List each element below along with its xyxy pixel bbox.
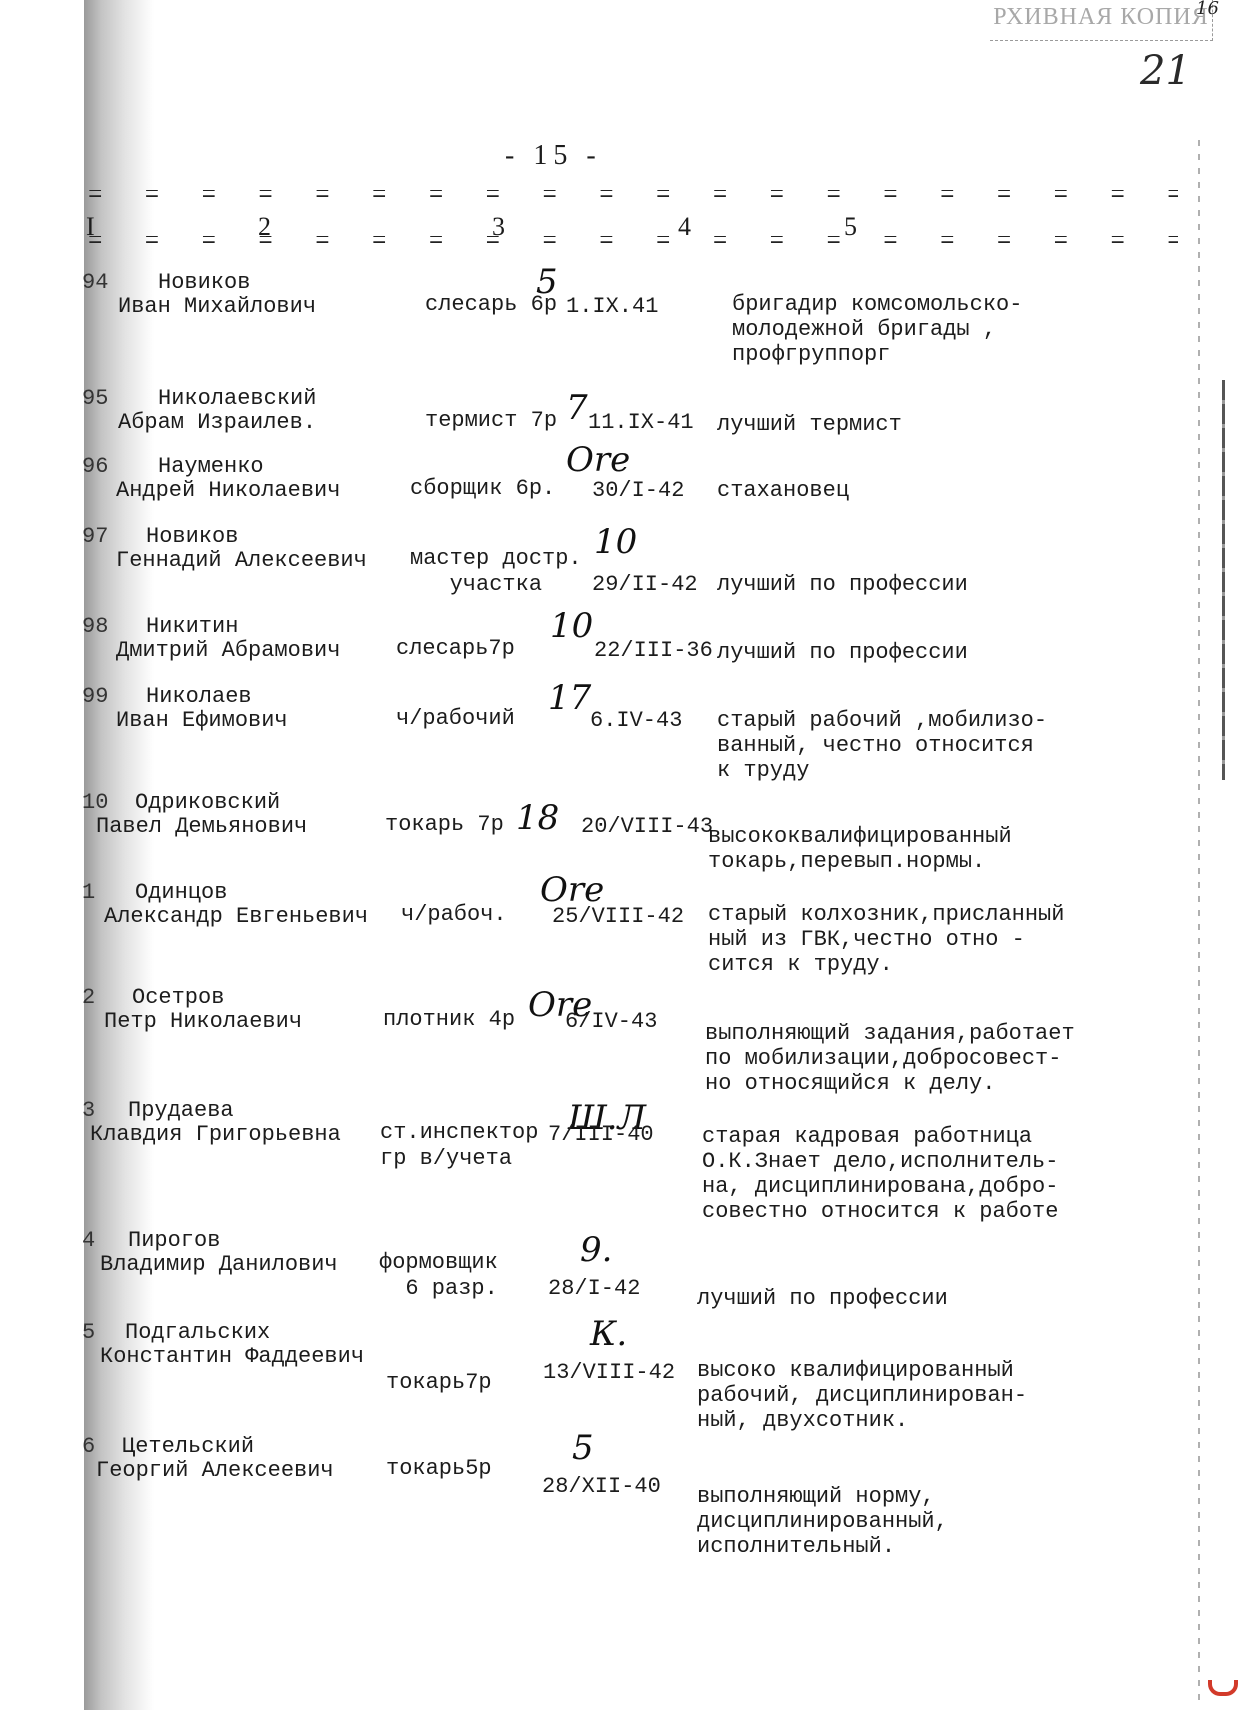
entry-surname: Никитин [146,614,238,639]
entry-date: 7/III-40 [548,1122,654,1147]
stamp-sheet-number: 16 [1196,0,1219,19]
entry-position: токарь 7р [385,812,504,838]
entry-handwritten-mark: 17 [548,678,591,718]
entry-surname: Новиков [146,524,238,549]
entry-characteristic: старый рабочий ,мобилизо- ванный, честно… [717,708,1047,783]
entry-surname: Науменко [158,454,264,479]
entry-number: 2 [82,985,95,1010]
entry-position: плотник 4р [383,1007,515,1033]
page-edge-mark [1222,380,1225,780]
entry-number: 95 [82,386,108,411]
entry-surname: Одинцов [135,880,227,905]
entry-date: 29/II-42 [592,572,698,597]
entry-position: токарь5р [386,1456,492,1482]
entry-handwritten-mark: 18 [516,798,559,838]
entry-date: 1.IX.41 [566,294,658,319]
entry-characteristic: лучший термист [717,412,902,437]
entry-handwritten-mark: 5 [572,1428,594,1468]
entry-given-names: Константин Фаддеевич [100,1344,364,1369]
entry-surname: Одриковский [135,790,280,815]
entry-number: 4 [82,1228,95,1253]
entry-given-names: Иван Михайлович [118,294,316,319]
entry-date: 28/I-42 [548,1276,640,1301]
entry-date: 6/IV-43 [565,1009,657,1034]
entry-number: 98 [82,614,108,639]
entry-characteristic: лучший по профессии [697,1286,948,1311]
entry-number: 6 [82,1434,95,1459]
entry-date: 30/I-42 [592,478,684,503]
entry-position: формовщик 6 разр. [379,1250,498,1302]
page-number: - 15 - [505,140,602,172]
entry-given-names: Владимир Данилович [100,1252,338,1277]
entry-date: 13/VIII-42 [543,1360,675,1385]
entry-characteristic: высококвалифицированный токарь,перевып.н… [708,824,1012,874]
entry-number: 5 [82,1320,95,1345]
entry-surname: Николаев [146,684,252,709]
entry-characteristic: лучший по профессии [717,640,968,665]
entry-number: 94 [82,270,108,295]
entry-characteristic: выполняющий норму, дисциплинированный, и… [697,1484,948,1559]
entry-given-names: Абрам Израилев. [118,410,316,435]
entry-surname: Подгальских [125,1320,270,1345]
entry-handwritten-mark: 9. [580,1230,612,1270]
entry-handwritten-mark: К. [590,1314,627,1354]
entry-number: 96 [82,454,108,479]
entry-given-names: Иван Ефимович [116,708,288,733]
entry-number: 99 [82,684,108,709]
entry-characteristic: бригадир комсомольско- молодежной бригад… [732,292,1022,367]
entry-number: 97 [82,524,108,549]
entry-date: 6.IV-43 [590,708,682,733]
entry-surname: Николаевский [158,386,316,411]
entry-number: 10 [82,790,108,815]
entry-number: 1 [82,880,95,905]
entry-surname: Новиков [158,270,250,295]
entry-given-names: Александр Евгеньевич [104,904,368,929]
entry-position: мастер достр. участка [410,546,582,598]
entry-characteristic: старый колхозник,присланный ный из ГВК,ч… [708,902,1064,977]
corner-logo-icon [1208,1680,1238,1696]
entry-position: ч/рабоч. [401,902,507,928]
entry-characteristic: выполняющий задания,работает по мобилиза… [705,1021,1075,1096]
table-rule-top: = = = = = = = = = = = = = = = = = = = = … [88,190,1178,202]
entry-handwritten-mark: 5 [536,262,558,302]
scan-left-margin [0,0,84,1710]
entry-handwritten-mark: 7 [566,388,588,428]
entry-position: слесарь7р [396,636,515,662]
entry-characteristic: старая кадровая работница О.К.Знает дело… [702,1124,1058,1224]
entry-given-names: Георгий Алексеевич [96,1458,334,1483]
entry-date: 11.IX-41 [588,410,694,435]
entry-handwritten-mark: 10 [550,606,593,646]
entry-handwritten-mark: Ore [566,440,630,480]
entry-date: 25/VIII-42 [552,904,684,929]
entry-given-names: Клавдия Григорьевна [90,1122,341,1147]
entry-position: сборщик 6р. [410,476,555,502]
entry-date: 22/III-36 [594,638,713,663]
entry-given-names: Павел Демьянович [96,814,307,839]
entry-position: термист 7р [425,408,557,434]
entry-given-names: Геннадий Алексеевич [116,548,367,573]
entry-given-names: Дмитрий Абрамович [116,638,340,663]
entry-characteristic: высоко квалифицированный рабочий, дисцип… [697,1358,1027,1433]
entry-date: 28/XII-40 [542,1474,661,1499]
entry-surname: Осетров [132,985,224,1010]
entry-position: ч/рабочий [396,706,515,732]
entry-characteristic: лучший по профессии [717,572,968,597]
entry-surname: Пирогов [128,1228,220,1253]
entry-surname: Прудаева [128,1098,234,1123]
entry-handwritten-mark: 10 [594,522,637,562]
entry-position: токарь7р [386,1370,492,1396]
entry-position: ст.инспектор гр в/учета [380,1120,538,1172]
entry-date: 20/VIII-43 [581,814,713,839]
page-edge-line [1198,140,1200,1700]
table-rule-bottom: = = = = = = = = = = = = = = = = = = = = … [88,236,1178,248]
entry-characteristic: стахановец [717,478,849,503]
archive-copy-stamp: РХИВНАЯ КОПИЯ [990,0,1213,41]
entry-number: 3 [82,1098,95,1123]
entry-given-names: Петр Николаевич [104,1009,302,1034]
archive-folio-number: 21 [1140,48,1191,94]
entry-given-names: Андрей Николаевич [116,478,340,503]
entry-surname: Цетельский [122,1434,254,1459]
